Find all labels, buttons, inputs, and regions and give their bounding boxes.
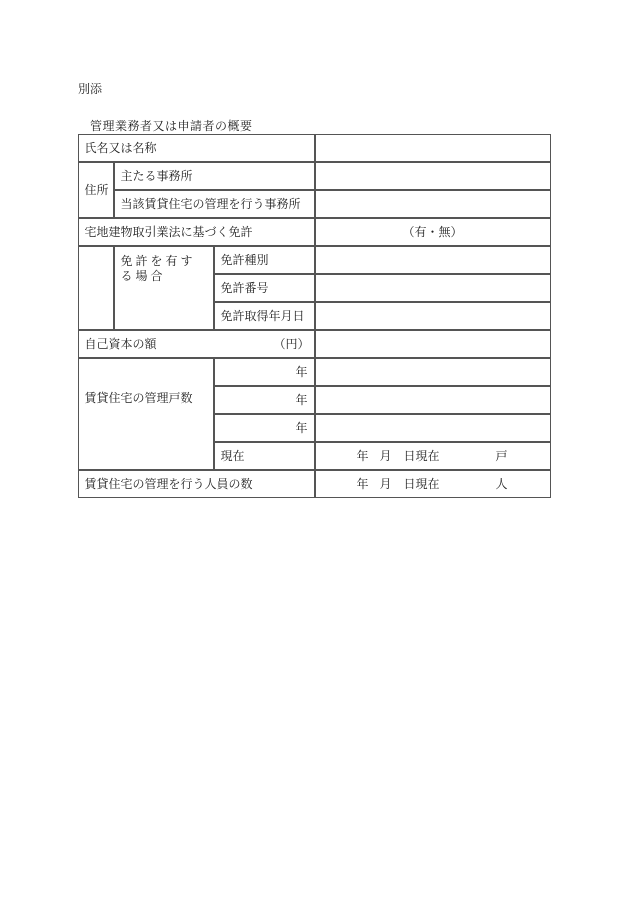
managing-office-label-cell: 当該賃貸住宅の管理を行う事務所 — [114, 190, 315, 218]
managed-units-year2-label: 年 — [295, 391, 307, 408]
current-day-as-of-label: 日現在 — [404, 447, 440, 464]
managed-units-current-label: 現在 — [221, 447, 245, 464]
managed-units-label-cell: 賃貸住宅の管理戸数 — [78, 358, 214, 470]
managed-units-current-date: 年 月 日現在 — [357, 447, 440, 464]
managing-office-value-cell[interactable] — [315, 190, 551, 218]
license-number-label: 免許番号 — [221, 279, 269, 296]
managing-office-label: 当該賃貸住宅の管理を行う事務所 — [121, 195, 301, 212]
current-month-label: 月 — [380, 447, 404, 464]
managed-units-unit: 戸 — [496, 447, 508, 464]
license-label: 宅地建物取引業法に基づく免許 — [85, 223, 253, 240]
managed-units-year2-value-cell[interactable] — [315, 386, 551, 414]
capital-unit: （円） — [274, 335, 310, 352]
managed-units-year3-value-cell[interactable] — [315, 414, 551, 442]
staff-unit: 人 — [496, 475, 508, 492]
main-office-label: 主たる事務所 — [121, 167, 193, 184]
license-type-label-cell: 免許種別 — [214, 246, 315, 274]
if-licensed-label-cell: 免許を有する場合 — [114, 246, 214, 330]
current-year-label: 年 — [357, 447, 380, 464]
license-date-label: 免許取得年月日 — [221, 307, 305, 324]
staff-year-label: 年 — [357, 475, 380, 492]
capital-value-cell[interactable] — [315, 330, 551, 358]
managed-units-year3-label-cell: 年 — [214, 414, 315, 442]
license-number-value-cell[interactable] — [315, 274, 551, 302]
managed-units-current-value-cell[interactable]: 年 月 日現在 戸 — [315, 442, 551, 470]
license-type-label: 免許種別 — [221, 251, 269, 268]
capital-label-cell: 自己資本の額 （円） — [78, 330, 315, 358]
license-yes-no: （有・無） — [402, 223, 462, 240]
overview-form-table: 氏名又は名称 住所 主たる事務所 当該賃貸住宅の管理を行う事務所 宅地建物取引業… — [78, 134, 551, 498]
managed-units-label: 賃貸住宅の管理戸数 — [85, 389, 193, 406]
main-office-label-cell: 主たる事務所 — [114, 162, 315, 190]
if-licensed-label: 免許を有する場合 — [121, 254, 207, 284]
address-label: 住所 — [85, 181, 109, 198]
managed-units-year1-label: 年 — [295, 363, 307, 380]
staff-date: 年 月 日現在 — [357, 475, 440, 492]
managed-units-year1-label-cell: 年 — [214, 358, 315, 386]
license-value-cell[interactable]: （有・無） — [315, 218, 551, 246]
staff-day-as-of-label: 日現在 — [404, 475, 440, 492]
capital-label: 自己資本の額 — [85, 335, 157, 352]
name-label-cell: 氏名又は名称 — [78, 134, 315, 162]
license-number-label-cell: 免許番号 — [214, 274, 315, 302]
managed-units-current-label-cell: 現在 — [214, 442, 315, 470]
license-type-value-cell[interactable] — [315, 246, 551, 274]
staff-month-label: 月 — [380, 475, 404, 492]
address-label-cell: 住所 — [78, 162, 114, 218]
name-value-cell[interactable] — [315, 134, 551, 162]
managed-units-year2-label-cell: 年 — [214, 386, 315, 414]
attachment-label: 別添 — [78, 80, 102, 97]
name-label: 氏名又は名称 — [85, 139, 157, 156]
license-date-label-cell: 免許取得年月日 — [214, 302, 315, 330]
managed-units-year1-value-cell[interactable] — [315, 358, 551, 386]
staff-label: 賃貸住宅の管理を行う人員の数 — [85, 475, 253, 492]
staff-value-cell[interactable]: 年 月 日現在 人 — [315, 470, 551, 498]
staff-label-cell: 賃貸住宅の管理を行う人員の数 — [78, 470, 315, 498]
license-date-value-cell[interactable] — [315, 302, 551, 330]
managed-units-year3-label: 年 — [295, 419, 307, 436]
license-indent-cell — [78, 246, 114, 330]
license-label-cell: 宅地建物取引業法に基づく免許 — [78, 218, 315, 246]
main-office-value-cell[interactable] — [315, 162, 551, 190]
table-caption: 管理業務者又は申請者の概要 — [90, 117, 253, 134]
